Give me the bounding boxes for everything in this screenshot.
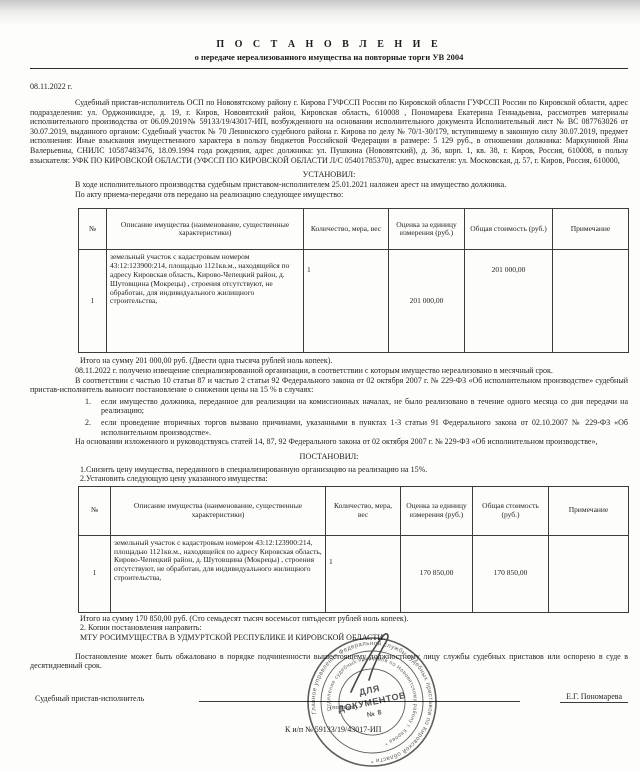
table-row: 1 земельный участок с кадастровым номеро… (79, 535, 629, 612)
signer-role: Судебный пристав-исполнитель (35, 694, 144, 703)
list-item: 1. если имущество должника, переданное д… (85, 397, 628, 416)
notice-paragraph: 08.11.2022 г. получено извещение специал… (30, 366, 628, 376)
col-note: Примечание (553, 209, 629, 250)
scanned-document-page: П О С Т А Н О В Л Е Н И Е о передаче нер… (0, 0, 640, 770)
decision-2: 2.Установить следующую цену указанного и… (80, 474, 628, 484)
col-note: Примечание (549, 486, 629, 535)
table-row: 1 земельный участок с кадастровым номеро… (79, 250, 629, 353)
decision-1: 1.Снизить цену имущества, переданного в … (80, 465, 628, 475)
title-divider (30, 68, 628, 69)
law-cases-list: 1. если имущество должника, переданное д… (85, 397, 628, 437)
list-item-number: 2. (85, 418, 101, 437)
basis-paragraph: На основании изложенного и руководствуяс… (30, 437, 628, 447)
document-title: П О С Т А Н О В Л Е Н И Е (30, 38, 628, 51)
cell-unit-price: 170 850,00 (401, 535, 473, 612)
intro-paragraph: Судебный пристав-исполнитель ОСП по Ново… (30, 98, 628, 165)
cell-note (553, 250, 629, 353)
col-total-cost: Общая стоимость (руб.) (465, 209, 553, 250)
official-round-stamp: Главное управление Федеральной службы су… (299, 632, 445, 770)
table-header-row: № Описание имущества (наименование, суще… (79, 209, 629, 250)
transfer-paragraph: По акту приема-передачи отв передано на … (30, 190, 628, 200)
col-description: Описание имущества (наименование, сущест… (111, 486, 326, 535)
cell-number: 1 (79, 250, 107, 353)
cell-quantity: 1 (326, 535, 401, 612)
cell-number: 1 (79, 535, 111, 612)
cell-total-cost: 201 000,00 (465, 250, 553, 353)
cell-total-cost: 170 850,00 (473, 535, 549, 612)
document-subtitle: о передаче нереализованного имущества на… (30, 51, 628, 63)
arrest-paragraph: В ходе исполнительного производства суде… (30, 180, 628, 190)
document-date: 08.11.2022 г. (30, 82, 628, 91)
signer-name: Е.Г. Пономарева (560, 692, 628, 703)
table-header-row: № Описание имущества (наименование, суще… (79, 486, 629, 535)
cell-quantity: 1 (304, 250, 389, 353)
cell-description: земельный участок с кадастровым номером … (107, 250, 304, 353)
list-item: 2. если проведение вторичных торгов вызв… (85, 418, 628, 437)
list-item-text: если проведение вторичных торгов вызвано… (101, 418, 628, 437)
property-table-initial: № Описание имущества (наименование, суще… (78, 208, 629, 353)
col-description: Описание имущества (наименование, сущест… (107, 209, 304, 250)
col-total-cost: Общая стоимость (руб.) (473, 486, 549, 535)
ustanovil-heading: УСТАНОВИЛ: (30, 169, 628, 180)
document-content: П О С Т А Н О В Л Е Н И Е о передаче нер… (0, 0, 640, 734)
stamp-center-line3: № 8 (366, 708, 383, 719)
property-table-reduced: № Описание имущества (наименование, суще… (78, 486, 629, 613)
col-number: № (79, 486, 111, 535)
cell-note (549, 535, 629, 612)
col-unit-price: Оценка за единицу измерения (руб.) (401, 486, 473, 535)
postanovil-heading: ПОСТАНОВИЛ: (30, 451, 628, 462)
total-initial: Итого на сумму 201 000,00 руб. (Двести о… (80, 356, 628, 366)
law-intro-paragraph: В соответствии с частью 10 статьи 87 и ч… (30, 376, 628, 395)
cell-description: земельный участок с кадастровым номером … (111, 535, 326, 612)
col-number: № (79, 209, 107, 250)
list-item-text: если имущество должника, переданное для … (101, 397, 628, 416)
col-unit-price: Оценка за единицу измерения (руб.) (389, 209, 465, 250)
total-reduced: Итого на сумму 170 850,00 руб. (Сто семь… (80, 614, 628, 624)
list-item-number: 1. (85, 397, 101, 416)
cell-unit-price: 201 000,00 (389, 250, 465, 353)
col-quantity: Количество, мера, вес (304, 209, 389, 250)
col-quantity: Количество, мера, вес (326, 486, 401, 535)
